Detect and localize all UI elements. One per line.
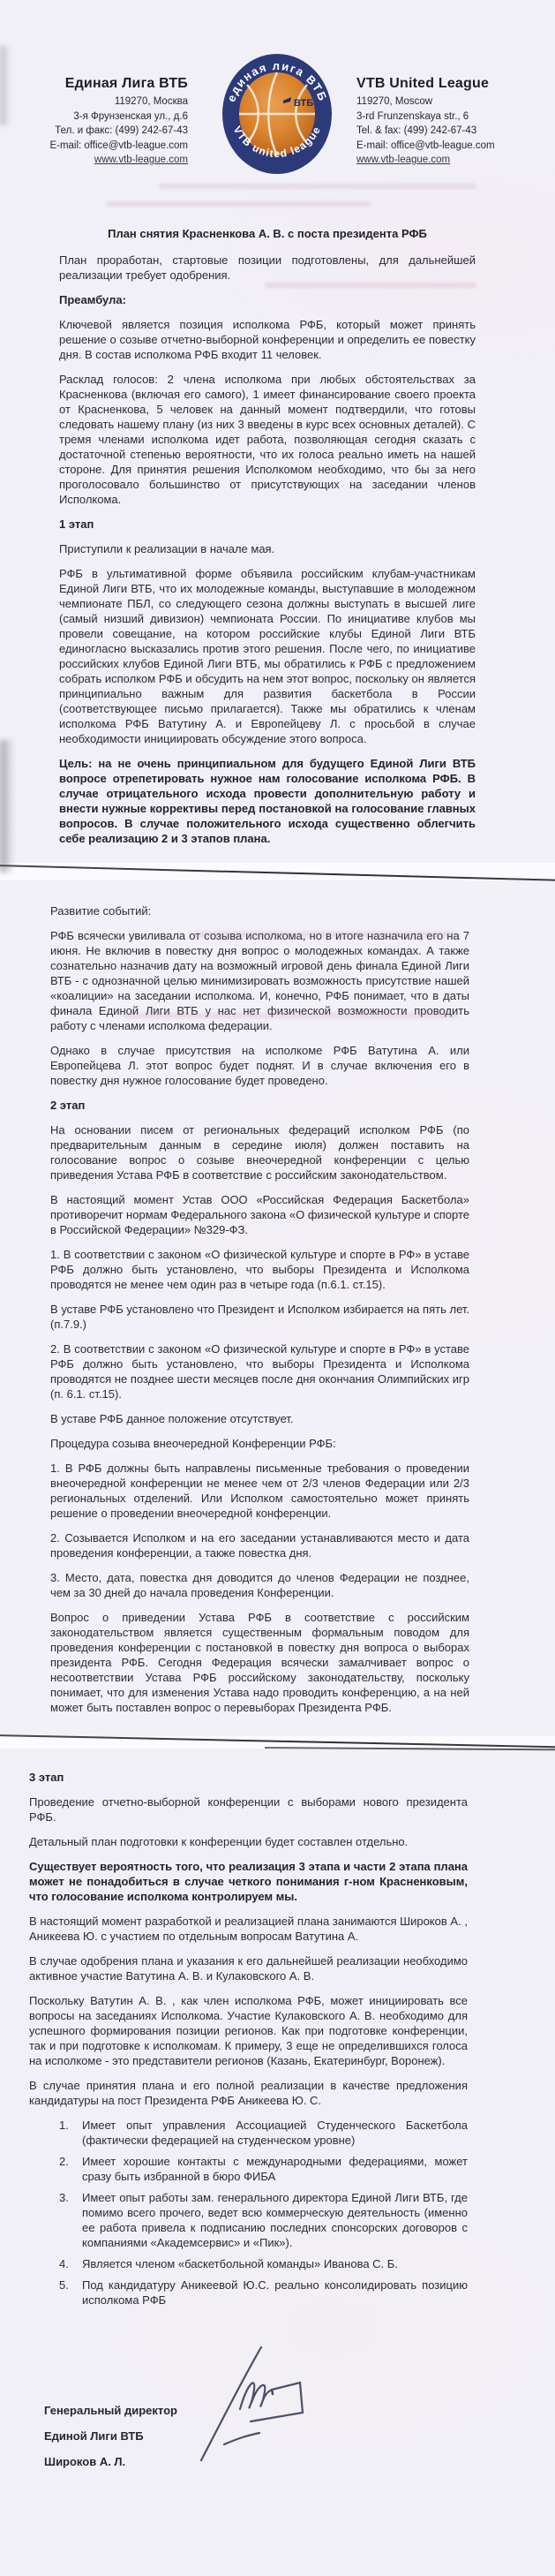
signature-name: Широков А. Л. — [44, 2455, 177, 2468]
letterhead-ru-phone: Тел. и факс: (499) 242-67-43 — [0, 124, 188, 139]
paragraph: 1. В РФБ должны быть направлены письменн… — [50, 1461, 469, 1521]
paragraph: Ключевой является позиция исполкома РФБ,… — [59, 317, 476, 362]
paragraph: Поскольку Ватутин А. В. , как член испол… — [29, 1993, 468, 2068]
website-link-en: www.vtb-league.com — [356, 155, 450, 165]
signature-role-line: Генеральный директор — [44, 2404, 177, 2417]
letterhead-ru-email: E-mail: office@vtb-league.com — [0, 139, 188, 154]
bleed-through-artifact — [124, 1013, 459, 1018]
signature-block: Генеральный директор Единой Лиги ВТБ Шир… — [44, 2404, 177, 2481]
scan-smudge — [0, 740, 14, 873]
list-item: 5.Под кандидатуру Аникеевой Ю.С. реально… — [59, 2278, 468, 2308]
paragraph: Процедура созыва внеочередной Конференци… — [50, 1436, 469, 1451]
letterhead-ru-city: 119270, Москва — [0, 94, 188, 110]
letterhead-ru-street: 3-я Фрунзенская ул., д.6 — [0, 110, 188, 125]
page-3: 3 этапПроведение отчетно-выборной конфер… — [0, 1749, 555, 2576]
scan-smudge — [0, 46, 11, 125]
section-heading: 1 этап — [59, 517, 476, 532]
section-heading: 3 этап — [29, 1770, 468, 1785]
list-item: 3.Имеет опыт работы зам. генерального ди… — [59, 2190, 468, 2250]
list-item: 2.Имеет хорошие контакты с международным… — [59, 2154, 468, 2184]
paragraph: В настоящий момент разработкой и реализа… — [29, 1914, 468, 1944]
paragraph: Развитие событий: — [50, 903, 469, 918]
paragraph: 2. В соответствии с законом «О физическо… — [50, 1341, 469, 1401]
paragraph: План проработан, стартовые позиции подго… — [59, 253, 476, 283]
paragraph: В случае одобрения плана и указания к ег… — [29, 1953, 468, 1983]
list-item-number: 1. — [59, 2118, 82, 2148]
paragraph: Приступили к реализации в начале мая. — [59, 541, 476, 556]
website-link-ru: www.vtb-league.com — [94, 155, 188, 165]
letterhead-en-phone: Tel. & fax: (499) 242-67-43 — [356, 124, 551, 139]
paragraph: Проведение отчетно-выборной конференции … — [29, 1794, 468, 1824]
letterhead-en-city: 119270, Moscow — [356, 94, 551, 110]
letterhead-en-block: VTB United League 119270, Moscow 3-rd Fr… — [356, 76, 551, 168]
paragraph: РФБ в ультимативной форме объявила росси… — [59, 566, 476, 746]
bleed-through-artifact — [265, 283, 476, 288]
page-2-content: Развитие событий:РФБ всячески увиливала … — [0, 880, 555, 1715]
doc-title: План снятия Красненкова А. В. с поста пр… — [59, 226, 476, 241]
section-heading: 2 этап — [50, 1098, 469, 1113]
page-1-content: План снятия Красненкова А. В. с поста пр… — [0, 221, 555, 846]
paragraph: В настоящий момент Устав ООО «Российская… — [50, 1192, 469, 1237]
svg-text:ВТБ: ВТБ — [294, 98, 313, 109]
scanned-document: { "letterhead": { "ru": { "title": "Един… — [0, 0, 555, 2576]
signature-org-line: Единой Лиги ВТБ — [44, 2429, 177, 2443]
letterhead-en-email: E-mail: office@vtb-league.com — [356, 139, 551, 154]
list-item: 1.Имеет опыт управления Ассоциацией Студ… — [59, 2118, 468, 2148]
list-item-text: Является членом «баскетбольной команды» … — [82, 2256, 468, 2271]
bleed-through-artifact — [159, 184, 476, 189]
section-heading: Существует вероятность того, что реализа… — [29, 1859, 468, 1904]
list-item-number: 3. — [59, 2190, 82, 2250]
letterhead-en-street: 3-rd Frunzenskaya str., 6 — [356, 110, 551, 125]
paragraph: Вопрос о приведении Устава РФБ в соответ… — [50, 1610, 469, 1715]
list-item-text: Имеет хорошие контакты с международными … — [82, 2154, 468, 2184]
letterhead-en-title: VTB United League — [356, 76, 551, 92]
list-item-text: Имеет опыт работы зам. генерального дире… — [82, 2190, 468, 2250]
paragraph: В уставе РФБ данное положение отсутствуе… — [50, 1411, 469, 1426]
section-heading: Цель: на не очень принципиальном для буд… — [59, 756, 476, 846]
paragraph: В случае принятия плана и его полной реа… — [29, 2078, 468, 2108]
paragraph: Детальный план подготовки к конференции … — [29, 1834, 468, 1849]
paragraph: Расклад голосов: 2 члена исполкома при л… — [59, 372, 476, 507]
page-1: Единая Лига ВТБ 119270, Москва 3-я Фрунз… — [0, 0, 555, 863]
letterhead-ru-title: Единая Лига ВТБ — [0, 76, 188, 92]
list-item-number: 2. — [59, 2154, 82, 2184]
section-heading: Преамбула: — [59, 292, 476, 307]
list-item-text: Имеет опыт управления Ассоциацией Студен… — [82, 2118, 468, 2148]
paragraph: 3. Место, дата, повестка дня доводится д… — [50, 1570, 469, 1600]
list-item-number: 4. — [59, 2256, 82, 2271]
list-item: 4.Является членом «баскетбольной команды… — [59, 2256, 468, 2271]
paragraph: Однако в случае присутствия на исполкоме… — [50, 1043, 469, 1088]
list-item-text: Под кандидатуру Аникеевой Ю.С. реально к… — [82, 2278, 468, 2308]
vtb-league-logo: единая лига ВТБ VTB united league ВТБ — [221, 51, 333, 177]
page-2: Развитие событий:РФБ всячески увиливала … — [0, 880, 555, 1736]
page-3-content: 3 этапПроведение отчетно-выборной конфер… — [0, 1749, 555, 2308]
bleed-through-artifact — [194, 932, 459, 937]
signature-handwriting — [192, 2338, 325, 2471]
letterhead-ru-block: Единая Лига ВТБ 119270, Москва 3-я Фрунз… — [0, 76, 188, 168]
list-item-number: 5. — [59, 2278, 82, 2308]
paragraph: 1. В соответствии с законом «О физическо… — [50, 1247, 469, 1292]
bleed-through-artifact — [106, 201, 371, 207]
paragraph: В уставе РФБ установлено что Президент и… — [50, 1302, 469, 1332]
paragraph: 2. Созывается Исполком и на его заседани… — [50, 1530, 469, 1560]
paragraph: На основании писем от региональных федер… — [50, 1122, 469, 1182]
